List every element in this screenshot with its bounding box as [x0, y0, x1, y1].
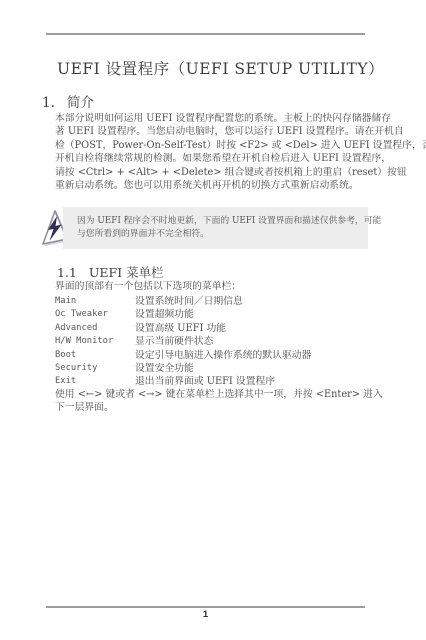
- paragraph-line: 重新启动系统。您也可以用系统关机再开机的切换方式重新启动系统。: [55, 179, 426, 192]
- menu-item-description: 设置超频功能: [135, 308, 194, 321]
- section-number: 1.: [42, 95, 55, 111]
- note-box: 因为 UEFI 程序会不时地更新，下面的 UEFI 设置界面和描述仅供参考，可能…: [63, 207, 368, 249]
- menu-row-hw-monitor: H/W Monitor 显示当前硬件状态: [55, 335, 311, 348]
- note-line: 与您所看到的界面并不完全相符。: [77, 228, 358, 241]
- menubar-item-list: Main 设置系统时间／日期信息 Oc Tweaker 设置超频功能 Advan…: [55, 295, 311, 389]
- section-heading-menubar: 1.1UEFI 菜单栏: [57, 263, 164, 281]
- section-heading-text: 简介: [67, 95, 94, 111]
- menu-row-oc-tweaker: Oc Tweaker 设置超频功能: [55, 308, 311, 321]
- top-rule: [46, 33, 365, 35]
- paragraph-line: 检（POST，Power-On-Self-Test）时按 <F2> 或 <Del…: [55, 139, 426, 152]
- page-number: 1: [46, 609, 365, 620]
- menu-item-label: H/W Monitor: [55, 335, 135, 348]
- paragraph-line: 开机自检将继续常规的检测。如果您希望在开机自检后进入 UEFI 设置程序，: [55, 152, 426, 165]
- usage-line: 下一层界面。: [55, 401, 383, 414]
- note-line: 因为 UEFI 程序会不时地更新，下面的 UEFI 设置界面和描述仅供参考，可能: [77, 215, 358, 228]
- menubar-intro: 界面的顶部有一个包括以下选项的菜单栏：: [55, 280, 241, 293]
- menu-row-security: Security 设置安全功能: [55, 362, 311, 375]
- menu-item-label: Security: [55, 362, 135, 375]
- bottom-rule: [46, 606, 365, 608]
- section-heading-text: UEFI 菜单栏: [89, 265, 164, 280]
- menu-item-label: Exit: [55, 375, 135, 388]
- section-heading-intro: 1.简介: [42, 91, 94, 111]
- menu-item-description: 显示当前硬件状态: [135, 335, 213, 348]
- intro-paragraph: 本部分说明如何运用 UEFI 设置程序配置您的系统。主板上的快闪存储器储存 著 …: [55, 112, 426, 192]
- menu-row-advanced: Advanced 设置高级 UEFI 功能: [55, 322, 311, 335]
- menu-item-description: 设置高级 UEFI 功能: [135, 322, 226, 335]
- usage-instructions: 使用 <←> 键或者 <→> 键在菜单栏上选择其中一项，并按 <Enter> 进…: [55, 388, 383, 415]
- paragraph-line: 著 UEFI 设置程序。当您启动电脑时，您可以运行 UEFI 设置程序。请在开机…: [55, 125, 426, 138]
- menu-item-label: Oc Tweaker: [55, 308, 135, 321]
- menu-item-description: 设定引导电脑进入操作系统的默认驱动器: [135, 349, 311, 362]
- menu-item-description: 退出当前界面或 UEFI 设置程序: [135, 375, 275, 388]
- menu-item-description: 设置系统时间／日期信息: [135, 295, 243, 308]
- paragraph-line: 本部分说明如何运用 UEFI 设置程序配置您的系统。主板上的快闪存储器储存: [55, 112, 426, 125]
- usage-line: 使用 <←> 键或者 <→> 键在菜单栏上选择其中一项，并按 <Enter> 进…: [55, 388, 383, 401]
- menu-row-boot: Boot 设定引导电脑进入操作系统的默认驱动器: [55, 349, 311, 362]
- menu-row-main: Main 设置系统时间／日期信息: [55, 295, 311, 308]
- manual-page: UEFI 设置程序（UEFI SETUP UTILITY） 1.简介 本部分说明…: [0, 0, 426, 640]
- section-number: 1.1: [57, 265, 77, 280]
- paragraph-line: 请按 <Ctrl> + <Alt> + <Delete> 组合键或者按机箱上的重…: [55, 166, 426, 179]
- menu-item-description: 设置安全功能: [135, 362, 194, 375]
- menu-item-label: Boot: [55, 349, 135, 362]
- menu-item-label: Advanced: [55, 322, 135, 335]
- page-title: UEFI 设置程序（UEFI SETUP UTILITY）: [57, 57, 384, 79]
- menu-item-label: Main: [55, 295, 135, 308]
- menu-row-exit: Exit 退出当前界面或 UEFI 设置程序: [55, 375, 311, 388]
